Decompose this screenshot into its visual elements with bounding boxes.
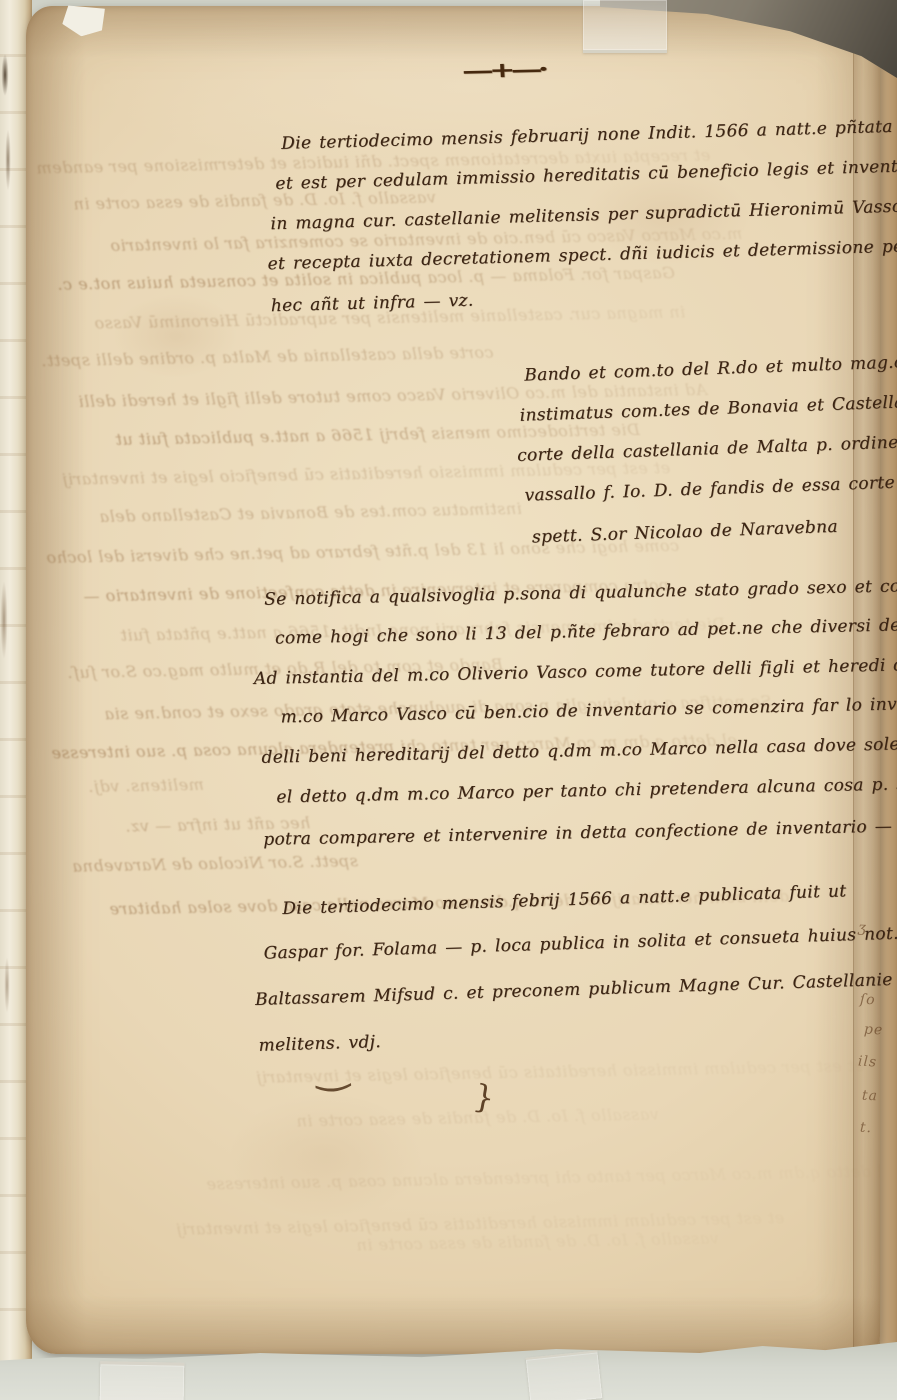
- manuscript-photograph: et recepta iuxta decretationem spect. dñ…: [0, 0, 897, 1400]
- manuscript-line: Die tertiodecimo mensis februarij none I…: [281, 116, 897, 154]
- edge-text-fragment: ta: [862, 1088, 879, 1105]
- manuscript-line: Ad instantia del m.co Oliverio Vasco com…: [254, 655, 897, 689]
- manuscript-line: spett. S.or Nicolao de Naravebna: [532, 517, 839, 548]
- manuscript-line: hec añt ut infra — vz.: [271, 291, 474, 317]
- manuscript-line: Bando et com.to del R.do et multo mag.co…: [524, 349, 897, 385]
- edge-text-fragment: ils: [858, 1054, 878, 1071]
- closing-curl-flourish-icon: }: [471, 1077, 498, 1118]
- ink-layer: —+—· Die tertiodecimo mensis februarij n…: [26, 6, 880, 1354]
- manuscript-line: Se notifica a qualsivoglia p.sona di qua…: [264, 575, 897, 610]
- edge-text-fragment: pe: [864, 1022, 884, 1039]
- manuscript-line: et recepta iuxta decretationem spect. dñ…: [267, 234, 897, 274]
- tape-tab-bottom-right: [526, 1350, 603, 1400]
- tape-tab-bottom-left: [100, 1361, 185, 1400]
- closing-tie-flourish-icon: ‿: [314, 1045, 349, 1093]
- manuscript-line: in magna cur. castellanie melitensis per…: [270, 197, 897, 235]
- edge-text-fragment: ſo: [860, 992, 876, 1009]
- edge-text-fragment: ʒ: [858, 920, 868, 936]
- manuscript-line: potra comparere et intervenire in detta …: [263, 817, 892, 850]
- manuscript-line: el detto q.dm m.co Marco per tanto chi p…: [276, 772, 897, 808]
- manuscript-line: Die tertiodecimo mensis febrij 1566 a na…: [282, 881, 847, 919]
- manuscript-line: m.co Marco Vasco cū ben.cio de inventari…: [280, 693, 897, 727]
- manuscript-line: vassallo f. Io. D. de fandis de essa cor…: [524, 472, 897, 506]
- edge-text-fragment: t.: [860, 1120, 873, 1137]
- manuscript-line: Baltassarem Mifsud c. et preconem public…: [255, 970, 893, 1010]
- manuscript-line: delli beni hereditarij del detto q.dm m.…: [261, 733, 897, 768]
- header-cross-flourish-icon: —+—·: [461, 56, 545, 83]
- manuscript-page: et recepta iuxta decretationem spect. dñ…: [26, 6, 880, 1354]
- manuscript-line: et est per cedulam immissio hereditatis …: [275, 156, 897, 194]
- manuscript-line: corte della castellania de Malta p. ordi…: [517, 429, 897, 466]
- tape-tab-top: [583, 0, 667, 53]
- manuscript-line: Gaspar for. Folama — p. loca publica in …: [263, 923, 897, 964]
- manuscript-line: come hogi che sono li 13 del p.ñte febra…: [275, 614, 897, 648]
- manuscript-line: instimatus com.tes de Bonavia et Castell…: [519, 390, 897, 426]
